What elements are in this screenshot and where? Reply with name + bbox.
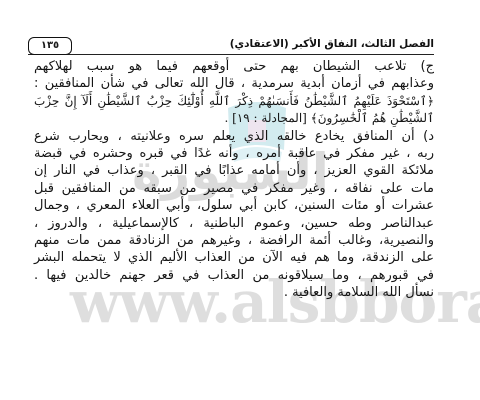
body-text: ج) تلاعب الشيطان بهم حتى أوقعهم فيما هو … [34, 58, 434, 302]
paragraph-jeem: ج) تلاعب الشيطان بهم حتى أوقعهم فيما هو … [34, 58, 434, 93]
page-number-badge: ١٣٥ [28, 37, 72, 55]
quran-verse: ﴿ٱسْتَحْوَذَ عَلَيْهِمُ ٱلشَّيْطَٰنُ فَأ… [34, 93, 434, 128]
verse-line: ﴿ٱسْتَحْوَذَ عَلَيْهِمُ ٱلشَّيْطَٰنُ فَأ… [34, 93, 434, 110]
text-line: عبدالناصر وطه حسين، وعموم الباطنية ، كال… [34, 215, 434, 232]
chapter-title: الفصل الثالث، النفاق الأكبر (الاعتقادي) [230, 38, 434, 50]
text-line: وعذابهم في أزمان أبدية سرمدية ، قال الله… [34, 75, 434, 92]
text-line: د) أن المنافق يخادع خالقه الذي يعلم سره … [34, 128, 434, 145]
verse-line: ٱلشَّيْطَٰنِ هُمُ ٱلْخَٰسِرُونَ﴾ [المجاد… [34, 110, 434, 127]
text-line: ملائكة القوي العزيز ، وأن أمامه عذابًا ف… [34, 162, 434, 179]
text-line: في قبورهم ، وما سيلاقونه من العذاب في قع… [34, 267, 434, 284]
text-line: ج) تلاعب الشيطان بهم حتى أوقعهم فيما هو … [34, 58, 434, 75]
running-header: ١٣٥ الفصل الثالث، النفاق الأكبر (الاعتقا… [28, 37, 434, 55]
text-line: عشرات أو مئات السنين، كابن أبي سلول، وأب… [34, 197, 434, 214]
text-line: مات على نفاقه ، وغير مفكر في مصير من سبق… [34, 180, 434, 197]
closing-prayer: نسأل الله السلامة والعافية . [34, 284, 434, 301]
text-line: على الزندقة، وما هم فيه الآن من العذاب ا… [34, 249, 434, 266]
text-line: نسأل الله السلامة والعافية . [34, 284, 434, 301]
document-page: ١٣٥ الفصل الثالث، النفاق الأكبر (الاعتقا… [0, 0, 480, 400]
text-line: ربه ، غير مفكر في عاقبة أمره ، وأنه غدًا… [34, 145, 434, 162]
paragraph-dal: د) أن المنافق يخادع خالقه الذي يعلم سره … [34, 128, 434, 285]
text-line: والنصيرية، وغالب أئمة الرافضة ، وغيرهم م… [34, 232, 434, 249]
